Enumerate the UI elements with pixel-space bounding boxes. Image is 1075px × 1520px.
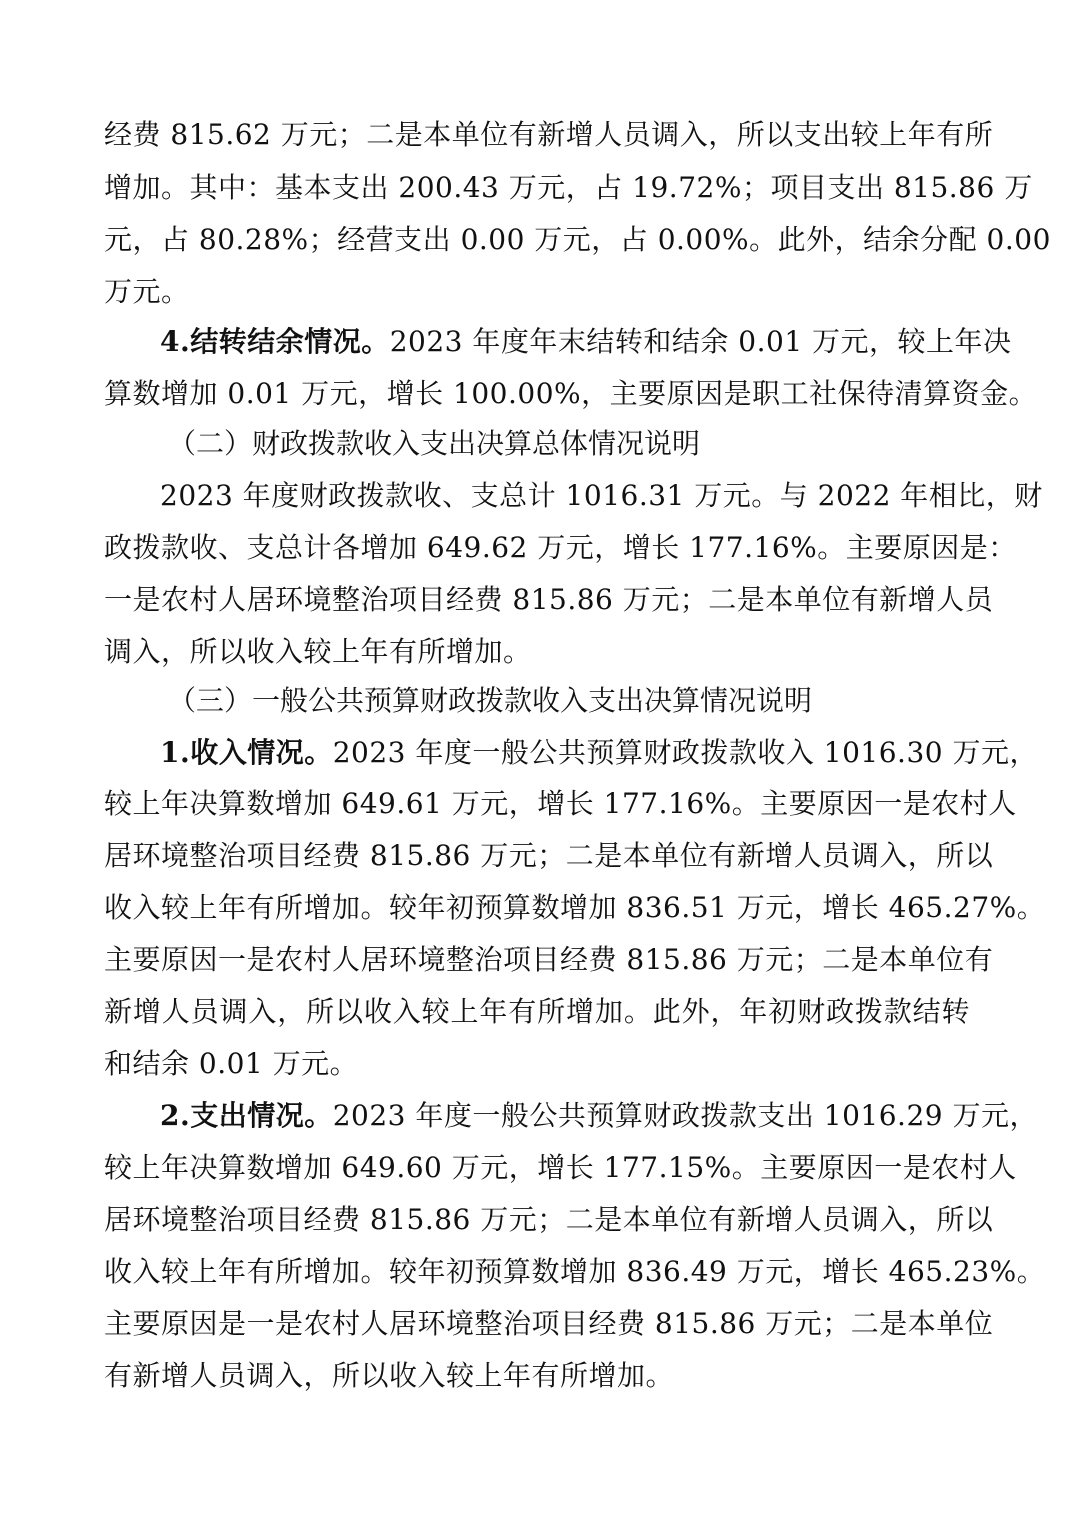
paragraph-line: 政拨款收、支总计各增加 649.62 万元，增长 177.16%。主要原因是： xyxy=(104,530,970,566)
paragraph-line: 主要原因一是农村人居环境整治项目经费 815.86 万元；二是本单位有 xyxy=(104,942,970,978)
paragraph-line: 新增人员调入，所以收入较上年有所增加。此外，年初财政拨款结转 xyxy=(104,994,970,1030)
paragraph-line: 1.收入情况。2023 年度一般公共预算财政拨款收入 1016.30 万元， xyxy=(160,735,970,771)
paragraph-line: 居环境整治项目经费 815.86 万元；二是本单位有新增人员调入，所以 xyxy=(104,838,970,874)
section-lead: 1.收入情况。 xyxy=(160,736,333,769)
paragraph-text: 2023 年度一般公共预算财政拨款支出 1016.29 万元， xyxy=(333,1099,1038,1132)
paragraph-line: 和结余 0.01 万元。 xyxy=(104,1046,970,1082)
paragraph-line: 2.支出情况。2023 年度一般公共预算财政拨款支出 1016.29 万元， xyxy=(160,1098,970,1134)
section-heading: （二）财政拨款收入支出决算总体情况说明 xyxy=(168,426,700,462)
paragraph-text: 2023 年度一般公共预算财政拨款收入 1016.30 万元， xyxy=(333,736,1038,769)
paragraph-line: 算数增加 0.01 万元，增长 100.00%，主要原因是职工社保待清算资金。 xyxy=(104,376,970,412)
paragraph-line: 收入较上年有所增加。较年初预算数增加 836.49 万元，增长 465.23%。 xyxy=(104,1254,970,1290)
paragraph-line: 万元。 xyxy=(104,274,970,310)
section-lead: 2.支出情况。 xyxy=(160,1099,333,1132)
paragraph-line: 增加。其中：基本支出 200.43 万元，占 19.72%；项目支出 815.8… xyxy=(104,170,970,206)
paragraph-line: 较上年决算数增加 649.61 万元，增长 177.16%。主要原因一是农村人 xyxy=(104,786,970,822)
paragraph-line: 一是农村人居环境整治项目经费 815.86 万元；二是本单位有新增人员 xyxy=(104,582,970,618)
paragraph-line: 主要原因是一是农村人居环境整治项目经费 815.86 万元；二是本单位 xyxy=(104,1306,970,1342)
section-heading: （三）一般公共预算财政拨款收入支出决算情况说明 xyxy=(168,683,812,719)
paragraph-line: 2023 年度财政拨款收、支总计 1016.31 万元。与 2022 年相比，财 xyxy=(160,478,970,514)
paragraph-line: 收入较上年有所增加。较年初预算数增加 836.51 万元，增长 465.27%。 xyxy=(104,890,970,926)
document-page: 经费 815.62 万元；二是本单位有新增人员调入，所以支出较上年有所 增加。其… xyxy=(0,0,1075,1520)
paragraph-line: 4.结转结余情况。2023 年度年末结转和结余 0.01 万元，较上年决 xyxy=(160,324,970,360)
paragraph-line: 经费 815.62 万元；二是本单位有新增人员调入，所以支出较上年有所 xyxy=(104,117,970,153)
section-lead: 4.结转结余情况。 xyxy=(160,325,390,358)
paragraph-line: 居环境整治项目经费 815.86 万元；二是本单位有新增人员调入，所以 xyxy=(104,1202,970,1238)
paragraph-text: 2023 年度年末结转和结余 0.01 万元，较上年决 xyxy=(390,325,1012,358)
paragraph-line: 较上年决算数增加 649.60 万元，增长 177.15%。主要原因一是农村人 xyxy=(104,1150,970,1186)
paragraph-line: 有新增人员调入，所以收入较上年有所增加。 xyxy=(104,1358,970,1394)
paragraph-line: 调入，所以收入较上年有所增加。 xyxy=(104,634,970,670)
paragraph-line: 元，占 80.28%；经营支出 0.00 万元，占 0.00%。此外，结余分配 … xyxy=(104,222,970,258)
